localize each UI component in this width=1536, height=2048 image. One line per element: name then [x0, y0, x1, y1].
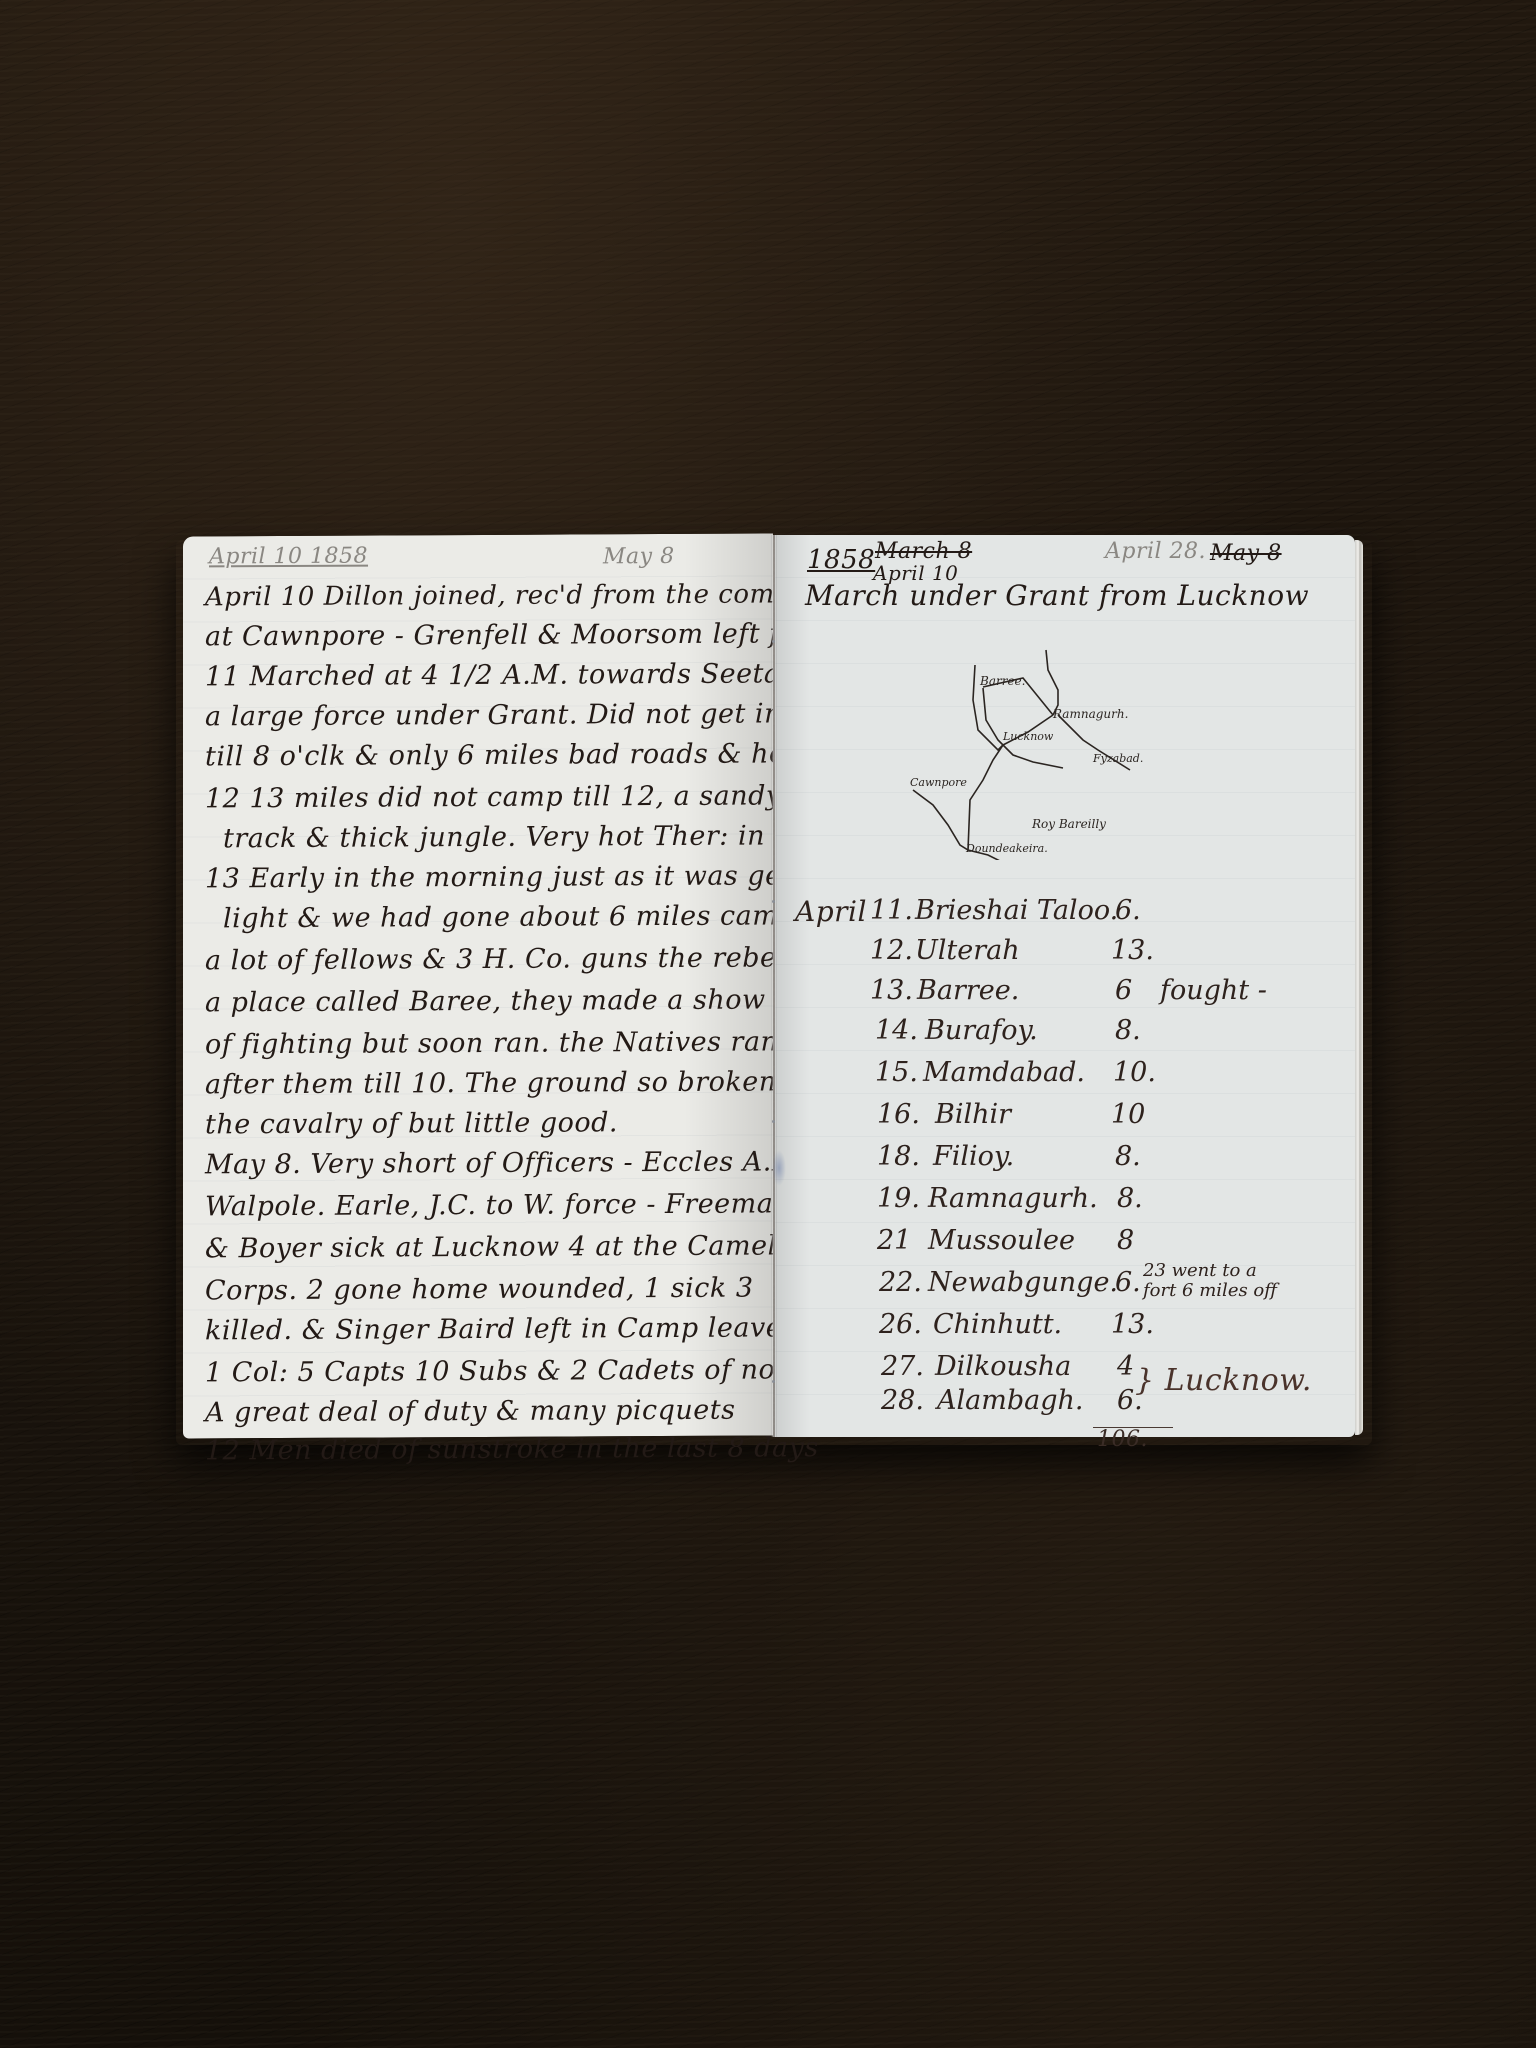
map-label-roy-bareilly: Roy Bareilly — [1031, 817, 1106, 831]
page-title: March under Grant from Lucknow — [805, 579, 1309, 612]
route-row: 15. Mamdabad. 10. — [775, 1057, 1355, 1097]
route-row: 22. Newabgunge. 6. 23 went to a fort 6 m… — [775, 1267, 1355, 1307]
text-line: & Boyer sick at Lucknow 4 at the Camel — [205, 1230, 777, 1264]
page-edges — [1355, 540, 1363, 1435]
lucknow-bracket-note: } Lucknow. — [1135, 1363, 1312, 1398]
route-row: 21 Mussoulee 8 — [775, 1225, 1355, 1265]
text-line: a lot of fellows & 3 H. Co. guns the reb… — [205, 942, 837, 976]
left-header-right: May 8 — [603, 544, 675, 569]
text-line: the cavalry of but little good. — [205, 1107, 618, 1140]
route-row: 19. Ramnagurh. 8. — [775, 1183, 1355, 1223]
map-label-fyzabad: Fyzabad. — [1092, 752, 1143, 765]
map-label-ramnagurh: Ramnagurh. — [1052, 707, 1128, 721]
text-line: 11 Marched at 4 1/2 A.M. towards Seetapo… — [205, 658, 845, 692]
text-line: a place called Baree, they made a show — [205, 984, 766, 1018]
text-line: 12 13 miles did not camp till 12, a sand… — [205, 780, 782, 814]
map-label-lucknow: Lucknow — [1002, 730, 1054, 743]
open-diary: April 10 1858 May 8 April 10 Dillon join… — [0, 0, 1536, 2048]
text-line: 12 Men died of sunstroke in the last 8 d… — [205, 1432, 819, 1466]
ink-blot — [772, 1150, 786, 1186]
right-header-struck-right: May 8 — [1210, 541, 1282, 566]
route-map: Barree. Ramnagurh. Lucknow Fyzabad. Cawn… — [898, 640, 1198, 860]
text-line: A great deal of duty & many picquets — [205, 1395, 736, 1429]
route-row: 14. Burafoy. 8. — [775, 1015, 1355, 1055]
stitch-hole — [772, 1380, 775, 1383]
stitch-hole — [772, 900, 775, 903]
text-line: 1 Col: 5 Capts 10 Subs & 2 Cadets of no … — [205, 1354, 842, 1388]
text-line: after them till 10. The ground so broken — [205, 1066, 777, 1100]
route-row: 18. Filioy. 8. — [775, 1141, 1355, 1181]
text-line: a large force under Grant. Did not get i… — [205, 698, 782, 732]
map-label-cawnpore: Cawnpore — [910, 776, 967, 789]
route-row: 26. Chinhutt. 13. — [775, 1309, 1355, 1349]
text-line: killed. & Singer Baird left in Camp leav… — [205, 1312, 797, 1346]
stitch-hole — [772, 1120, 775, 1123]
route-note: 23 went to a fort 6 miles off — [1143, 1261, 1283, 1301]
left-page-text: April 10 Dillon joined, rec'd from the c… — [183, 533, 773, 536]
right-header-pencil-date: April 28. — [1105, 539, 1206, 564]
text-line: 13 Early in the morning just as it was g… — [205, 860, 849, 894]
route-row: 13. Barree. 6 fought - — [775, 975, 1355, 1015]
text-line: till 8 o'clk & only 6 miles bad roads & … — [205, 738, 834, 772]
right-header-year: 1858 — [807, 545, 875, 575]
total-miles: 106. — [1097, 1427, 1148, 1452]
left-header-date: April 10 1858 — [209, 544, 368, 570]
left-page: April 10 1858 May 8 April 10 Dillon join… — [183, 533, 773, 1438]
stitch-hole — [772, 640, 775, 643]
text-line: Walpole. Earle, J.C. to W. force - Freem… — [205, 1188, 828, 1222]
text-line: May 8. Very short of Officers - Eccles A… — [205, 1146, 869, 1180]
map-label-doundeakeira: Doundeakeira. — [965, 842, 1048, 855]
route-row: 16. Bilhir 10 — [775, 1099, 1355, 1139]
book-gutter — [771, 535, 777, 1437]
right-page: 1858 March 8 April 10 April 28. May 8 Ma… — [775, 535, 1355, 1437]
map-label-barree: Barree. — [979, 674, 1025, 688]
route-row: 11. Brieshai Taloo. 6. — [775, 895, 1355, 935]
text-line: light & we had gone about 6 miles came o… — [223, 900, 839, 934]
route-row: 12. Ulterah 13. — [775, 935, 1355, 975]
text-line: of fighting but soon ran. the Natives ra… — [205, 1026, 778, 1060]
text-line: Corps. 2 gone home wounded, 1 sick 3 — [205, 1273, 754, 1307]
